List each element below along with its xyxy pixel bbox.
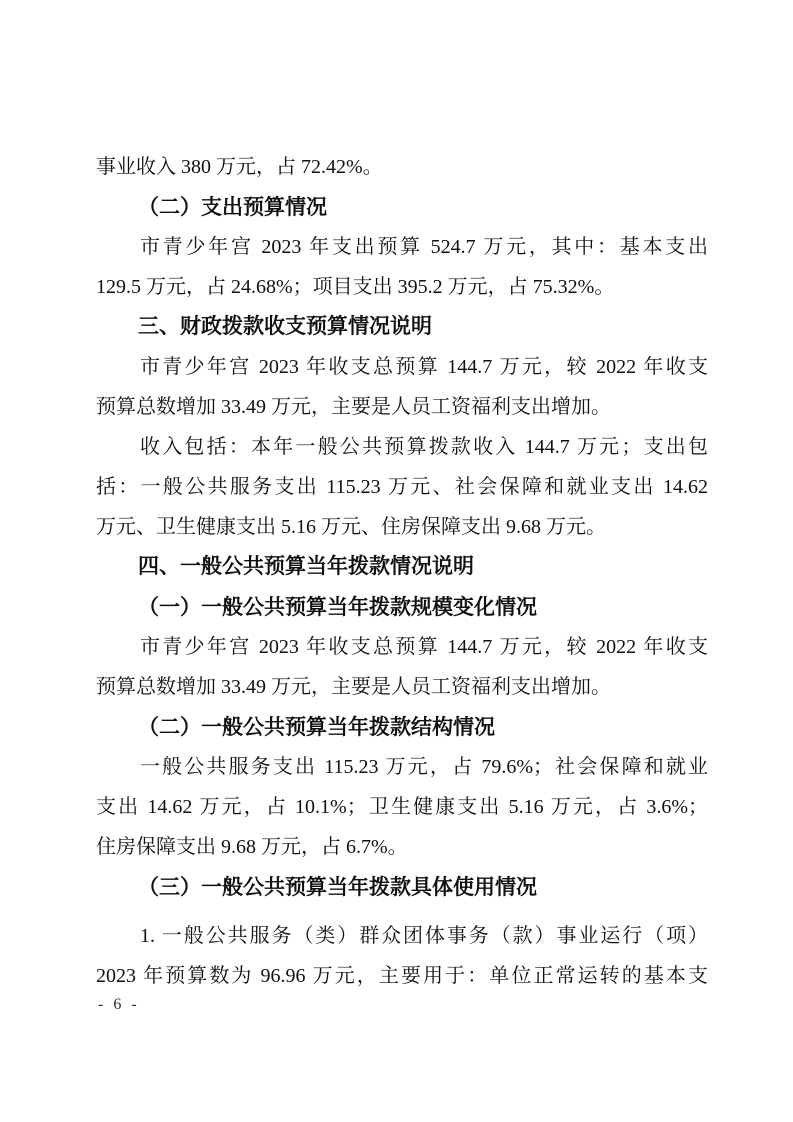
heading-line: （一）一般公共预算当年拨款规模变化情况 bbox=[96, 587, 708, 627]
text-line: 预算总数增加 33.49 万元，主要是人员工资福利支出增加。 bbox=[96, 667, 708, 707]
document-page: 事业收入 380 万元，占 72.42%。（二）支出预算情况市青少年宫 2023… bbox=[0, 0, 793, 1122]
page-number: - 6 - bbox=[98, 995, 140, 1015]
text-line: 129.5 万元，占 24.68%；项目支出 395.2 万元，占 75.32%… bbox=[96, 267, 708, 307]
text-line: 1. 一般公共服务（类）群众团体事务（款）事业运行（项） bbox=[96, 916, 708, 956]
text-line: 括：一般公共服务支出 115.23 万元、社会保障和就业支出 14.62 bbox=[96, 467, 708, 507]
document-body: 事业收入 380 万元，占 72.42%。（二）支出预算情况市青少年宫 2023… bbox=[96, 147, 708, 996]
text-line: 住房保障支出 9.68 万元，占 6.7%。 bbox=[96, 827, 708, 867]
text-line: 预算总数增加 33.49 万元，主要是人员工资福利支出增加。 bbox=[96, 387, 708, 427]
heading-line: 三、财政拨款收支预算情况说明 bbox=[96, 307, 708, 347]
text-line: 一般公共服务支出 115.23 万元，占 79.6%；社会保障和就业 bbox=[96, 747, 708, 787]
text-line: 支出 14.62 万元，占 10.1%；卫生健康支出 5.16 万元，占 3.6… bbox=[96, 787, 708, 827]
text-line: 市青少年宫 2023 年收支总预算 144.7 万元，较 2022 年收支 bbox=[96, 627, 708, 667]
heading-line: （二）支出预算情况 bbox=[96, 187, 708, 227]
heading-line: （三）一般公共预算当年拨款具体使用情况 bbox=[96, 867, 708, 907]
text-line: 2023 年预算数为 96.96 万元，主要用于：单位正常运转的基本支 bbox=[96, 956, 708, 996]
text-line: 市青少年宫 2023 年收支总预算 144.7 万元，较 2022 年收支 bbox=[96, 347, 708, 387]
heading-line: （二）一般公共预算当年拨款结构情况 bbox=[96, 707, 708, 747]
text-line: 事业收入 380 万元，占 72.42%。 bbox=[96, 147, 708, 187]
text-line: 收入包括：本年一般公共预算拨款收入 144.7 万元；支出包 bbox=[96, 427, 708, 467]
text-line: 万元、卫生健康支出 5.16 万元、住房保障支出 9.68 万元。 bbox=[96, 507, 708, 547]
heading-line: 四、一般公共预算当年拨款情况说明 bbox=[96, 547, 708, 587]
text-line: 市青少年宫 2023 年支出预算 524.7 万元，其中：基本支出 bbox=[96, 227, 708, 267]
